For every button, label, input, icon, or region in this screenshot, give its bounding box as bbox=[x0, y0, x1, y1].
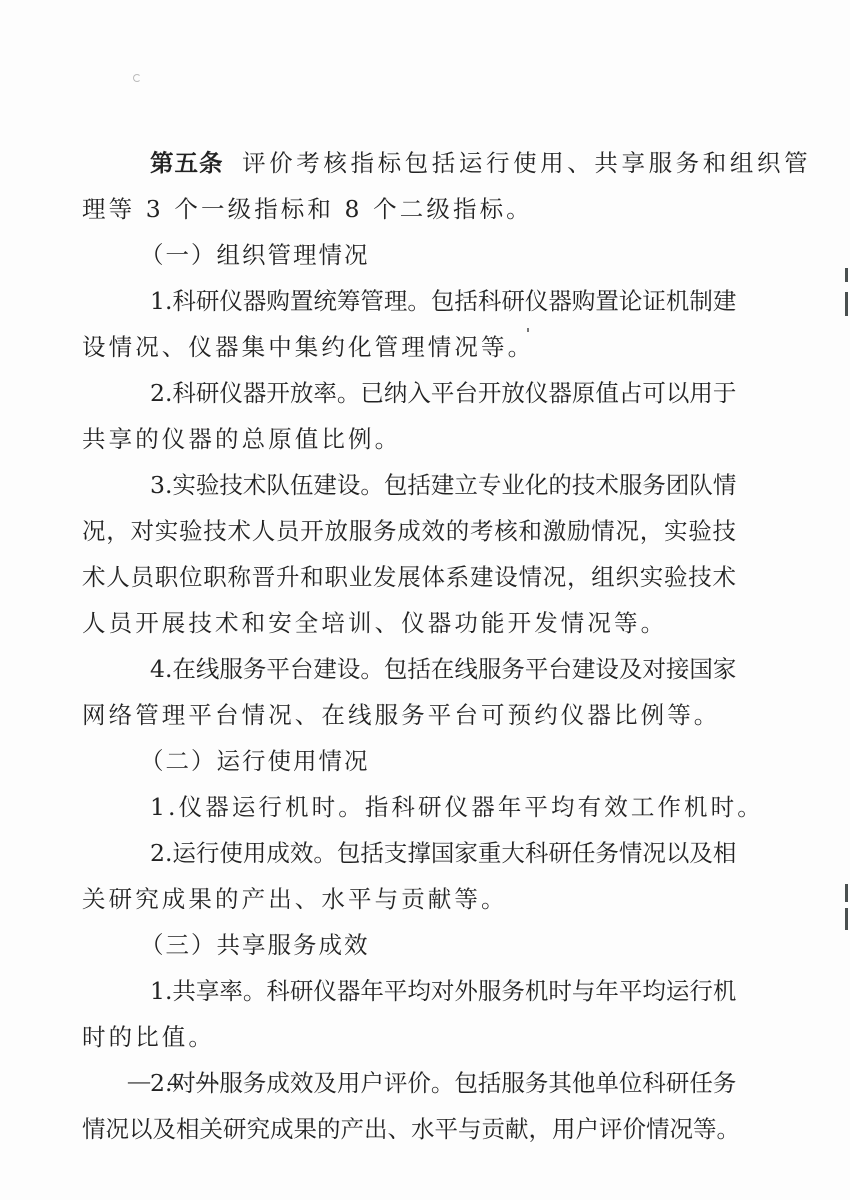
scan-edge-mark-bottom-lower bbox=[845, 908, 848, 930]
paragraph-line: 设情况、仪器集中集约化管理情况等。 bbox=[82, 324, 534, 370]
article-label: 第五条 bbox=[150, 149, 224, 177]
paragraph-line: 4.在线服务平台建设。包括在线服务平台建设及对接国家 bbox=[150, 646, 736, 692]
article-heading-line: 第五条 评价考核指标包括运行使用、共享服务和组织管 bbox=[150, 140, 811, 186]
paragraph-line: 2.科研仪器开放率。已纳入平台开放仪器原值占可以用于 bbox=[150, 370, 736, 416]
scan-edge-mark-top bbox=[845, 268, 848, 282]
paragraph-line: 关研究成果的产出、水平与贡献等。 bbox=[82, 876, 508, 922]
paragraph-line: 1.仪器运行机时。指科研仪器年平均有效工作机时。 bbox=[150, 784, 764, 830]
paragraph-line: 1.科研仪器购置统筹管理。包括科研仪器购置论证机制建 bbox=[150, 278, 736, 324]
paragraph-line: 人员开展技术和安全培训、仪器功能开发情况等。 bbox=[82, 600, 667, 646]
section-heading-organization: （一）组织管理情况 bbox=[140, 232, 370, 278]
paragraph-line: 3.实验技术队伍建设。包括建立专业化的技术服务团队情 bbox=[150, 462, 736, 508]
paragraph-line: 1.共享率。科研仪器年平均对外服务机时与年平均运行机 bbox=[150, 968, 736, 1014]
scan-artifact-mark bbox=[133, 74, 141, 82]
paragraph-line: 共享的仪器的总原值比例。 bbox=[82, 416, 401, 462]
document-page: 第五条 评价考核指标包括运行使用、共享服务和组织管 理等 3 个一级指标和 8 … bbox=[0, 0, 850, 1200]
article-text: 评价考核指标包括运行使用、共享服务和组织管 bbox=[242, 149, 811, 177]
paragraph-line: 况，对实验技术人员开放服务成效的考核和激励情况，实验技 bbox=[82, 508, 736, 554]
section-heading-sharing: （三）共享服务成效 bbox=[140, 922, 370, 968]
scan-edge-mark-bottom bbox=[845, 884, 848, 902]
paragraph-line: 2.运行使用成效。包括支撑国家重大科研任务情况以及相 bbox=[150, 830, 736, 876]
paragraph-line: 情况以及相关研究成果的产出、水平与贡献，用户评价情况等。 bbox=[82, 1106, 736, 1152]
paragraph-line: 2.对外服务成效及用户评价。包括服务其他单位科研任务 bbox=[150, 1060, 736, 1106]
paragraph-line: 时的比值。 bbox=[82, 1014, 215, 1060]
page-number: — 4 — bbox=[128, 1068, 224, 1094]
paragraph-line: 理等 3 个一级指标和 8 个二级指标。 bbox=[82, 186, 533, 232]
section-heading-operation: （二）运行使用情况 bbox=[140, 738, 370, 784]
paragraph-line: 术人员职位职称晋升和职业发展体系建设情况，组织实验技术 bbox=[82, 554, 736, 600]
scan-edge-mark-top-lower bbox=[845, 292, 848, 316]
paragraph-line: 网络管理平台情况、在线服务平台可预约仪器比例等。 bbox=[82, 692, 720, 738]
